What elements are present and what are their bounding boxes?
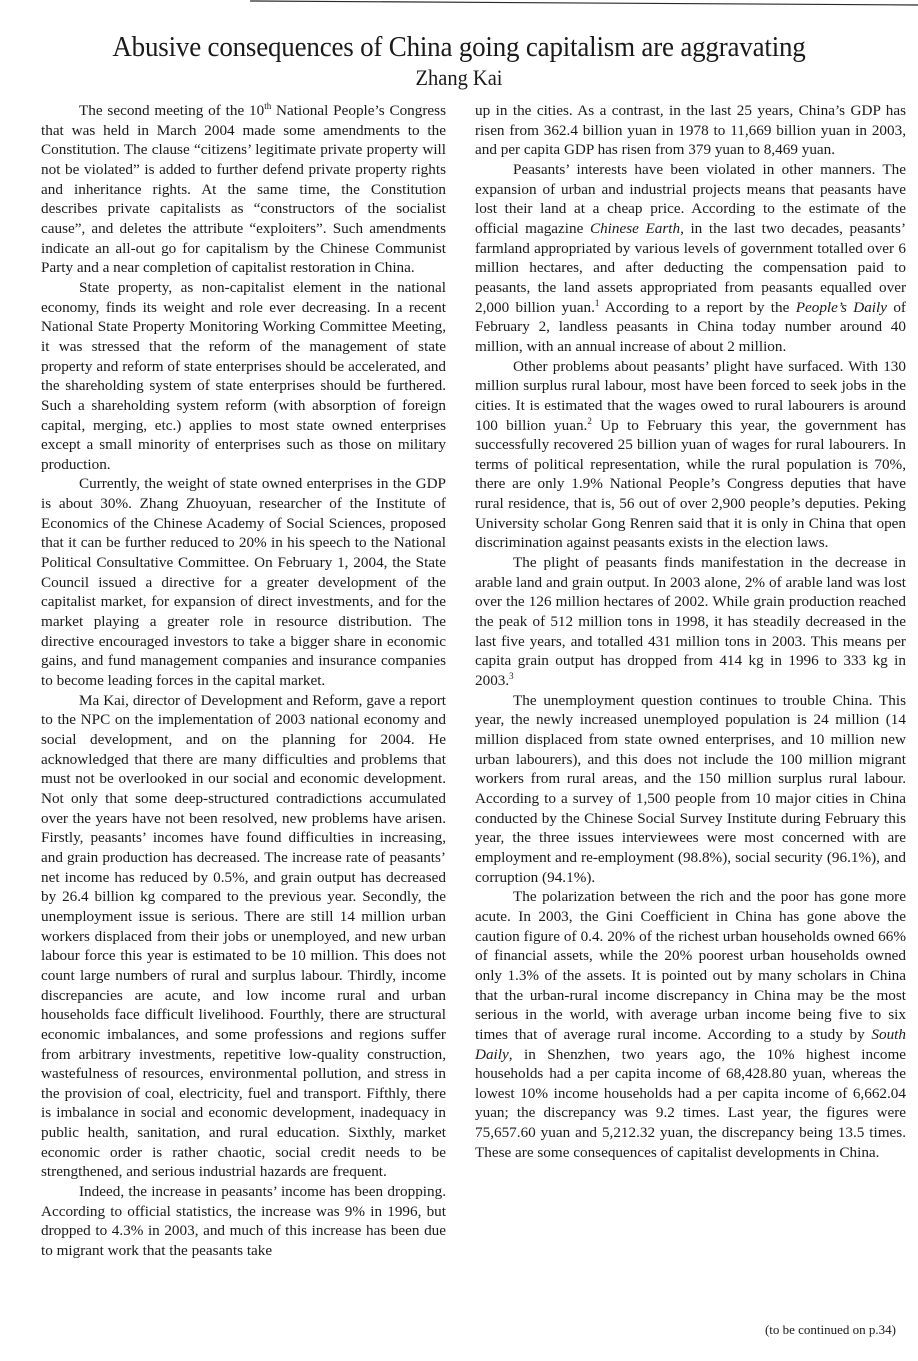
paragraph: The unemployment question continues to t… bbox=[475, 691, 906, 888]
article-author: Zhang Kai bbox=[32, 64, 886, 92]
publication-name: Chinese Earth bbox=[590, 220, 680, 237]
paragraph: State property, as non-capitalist elemen… bbox=[41, 278, 446, 475]
paragraph-continued: up in the cities. As a contrast, in the … bbox=[475, 101, 906, 160]
paragraph: Currently, the weight of state owned ent… bbox=[41, 474, 446, 690]
right-column: up in the cities. As a contrast, in the … bbox=[475, 101, 906, 1162]
paragraph: The plight of peasants finds manifestati… bbox=[475, 553, 906, 691]
article-title: Abusive consequences of China going capi… bbox=[32, 30, 886, 64]
paragraph: Other problems about peasants’ plight ha… bbox=[475, 357, 906, 554]
continued-note: (to be continued on p.34) bbox=[765, 1322, 896, 1338]
top-rule-line bbox=[250, 0, 918, 6]
publication-name: People’s Daily bbox=[796, 299, 887, 316]
paragraph: Ma Kai, director of Development and Refo… bbox=[41, 691, 446, 1182]
paragraph: Indeed, the increase in peasants’ income… bbox=[41, 1182, 446, 1261]
left-column: The second meeting of the 10th National … bbox=[41, 101, 446, 1261]
paragraph: The polarization between the rich and th… bbox=[475, 887, 906, 1162]
paragraph: Peasants’ interests have been violated i… bbox=[475, 160, 906, 357]
footnote-marker: 3 bbox=[509, 671, 514, 681]
paragraph: The second meeting of the 10th National … bbox=[41, 101, 446, 278]
